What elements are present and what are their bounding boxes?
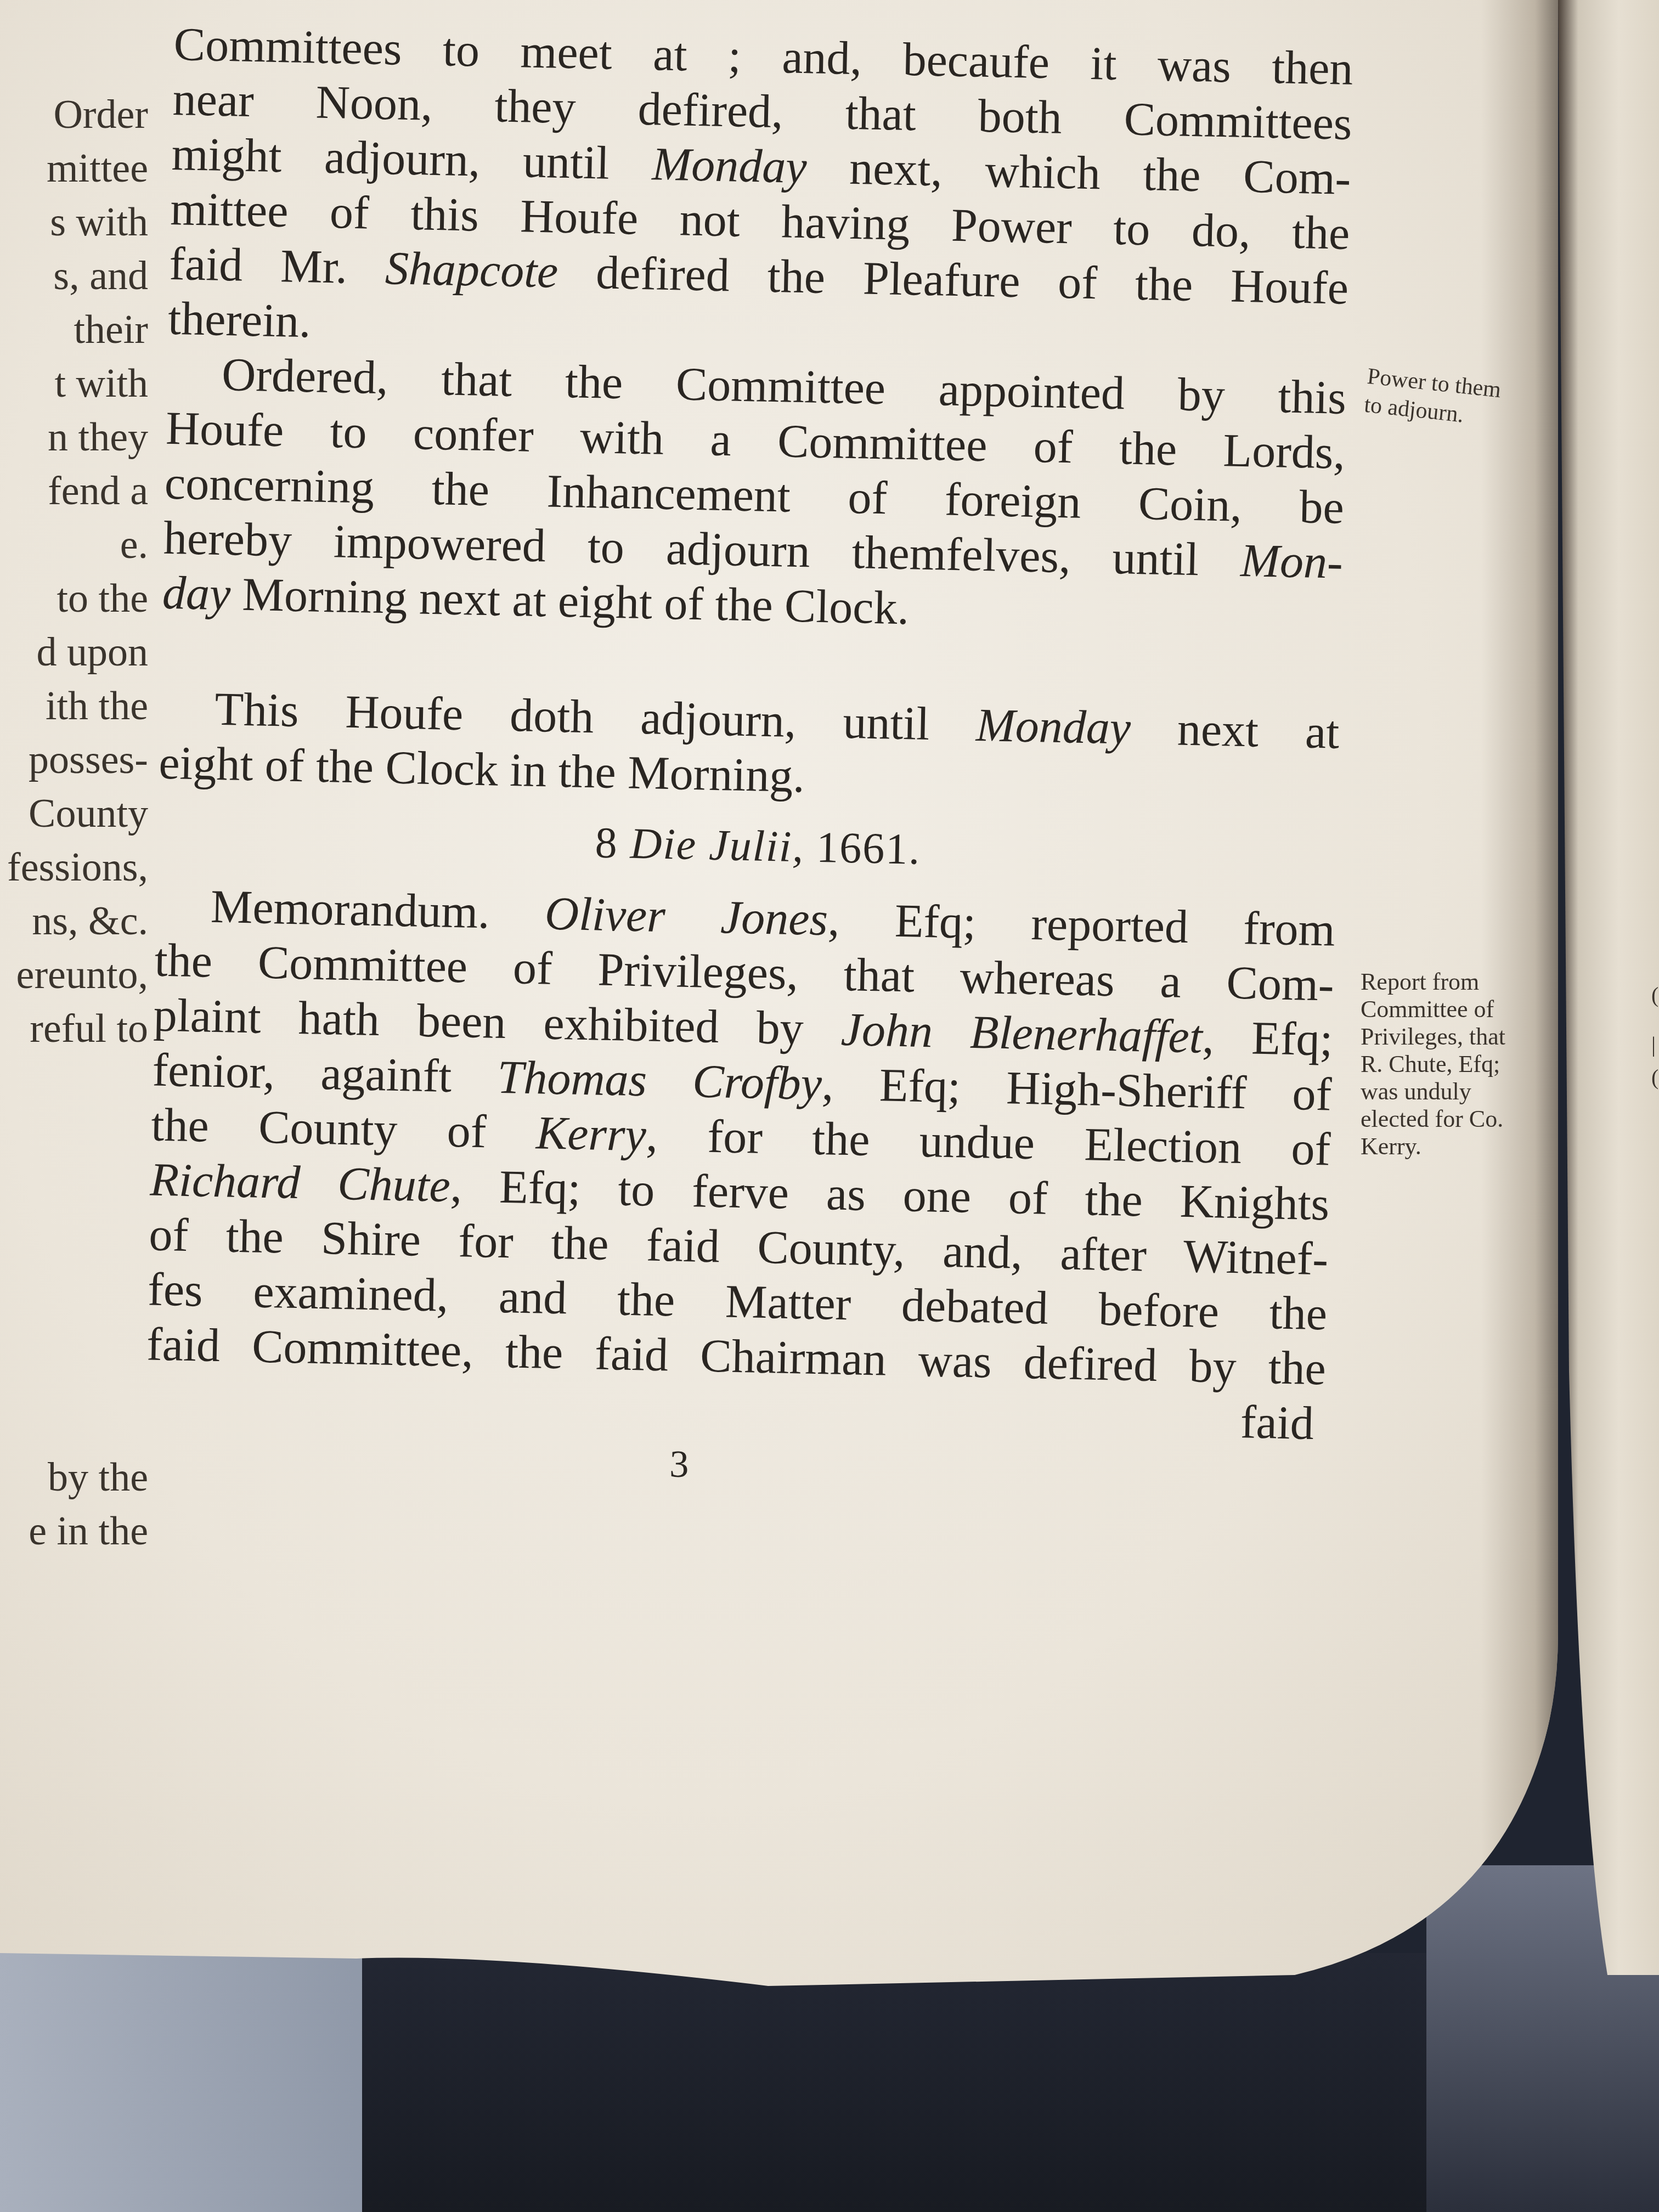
facing-page-edge	[1558, 0, 1659, 1975]
left-fragment: fend a	[0, 464, 148, 518]
date-day: 8	[595, 819, 619, 867]
left-fragment: e in the	[0, 1504, 148, 1558]
book-page: Order mittee s with s, and their t with …	[0, 0, 1558, 1986]
margin-note-line: R. Chute, Efq;	[1361, 1051, 1505, 1078]
paragraph-ordered-impowered: Ordered, that the Committee appointed by…	[162, 346, 1347, 645]
margin-note-line: elected for Co.	[1361, 1105, 1505, 1133]
left-fragment: d upon	[0, 625, 148, 679]
left-fragment: Order	[0, 88, 148, 142]
margin-note-line: was unduly	[1361, 1078, 1505, 1105]
left-fragment: mittee	[0, 142, 148, 195]
margin-note-line: Privileges, that	[1361, 1023, 1505, 1051]
left-fragment: s, and	[0, 249, 148, 303]
left-fragment: County	[0, 787, 148, 840]
left-fragment: s with	[0, 195, 148, 249]
margin-note-line: Kerry.	[1361, 1133, 1505, 1160]
margin-note-report-committee: Report from Committee of Privileges, tha…	[1361, 968, 1505, 1160]
left-fragment: t with	[0, 357, 148, 410]
facing-page-glyph: (	[1651, 982, 1658, 1008]
left-fragment: fessions,	[0, 840, 148, 894]
left-fragment: e.	[0, 518, 148, 572]
date-italic: Die Julii,	[630, 820, 805, 872]
left-spacer	[0, 1056, 148, 1451]
left-page-fragments: Order mittee s with s, and their t with …	[0, 88, 148, 1558]
date-year: 1661.	[816, 823, 921, 874]
facing-page-glyph: (	[1651, 1064, 1658, 1090]
paragraph-committees-adjourn: Committees to meet at ; and, becaufe it …	[167, 16, 1353, 370]
main-text-column: Committees to meet at ; and, becaufe it …	[144, 16, 1353, 1505]
left-fragment: ith the	[0, 679, 148, 733]
facing-page-glyph: |	[1651, 1031, 1656, 1057]
left-fragment: posses-	[0, 733, 148, 787]
paragraph-memorandum: Memorandum. Oliver Jones, Efq; reported …	[146, 878, 1335, 1396]
left-fragment: their	[0, 303, 148, 357]
left-fragment: ns, &c.	[0, 894, 148, 948]
background-left-surface	[0, 1953, 373, 2212]
margin-note-line: Report from	[1361, 968, 1505, 996]
margin-note-line: Committee of	[1361, 996, 1505, 1023]
left-fragment: to the	[0, 572, 148, 625]
left-fragment: reful to	[0, 1002, 148, 1056]
left-fragment: n they	[0, 410, 148, 464]
left-fragment: ereunto,	[0, 948, 148, 1002]
